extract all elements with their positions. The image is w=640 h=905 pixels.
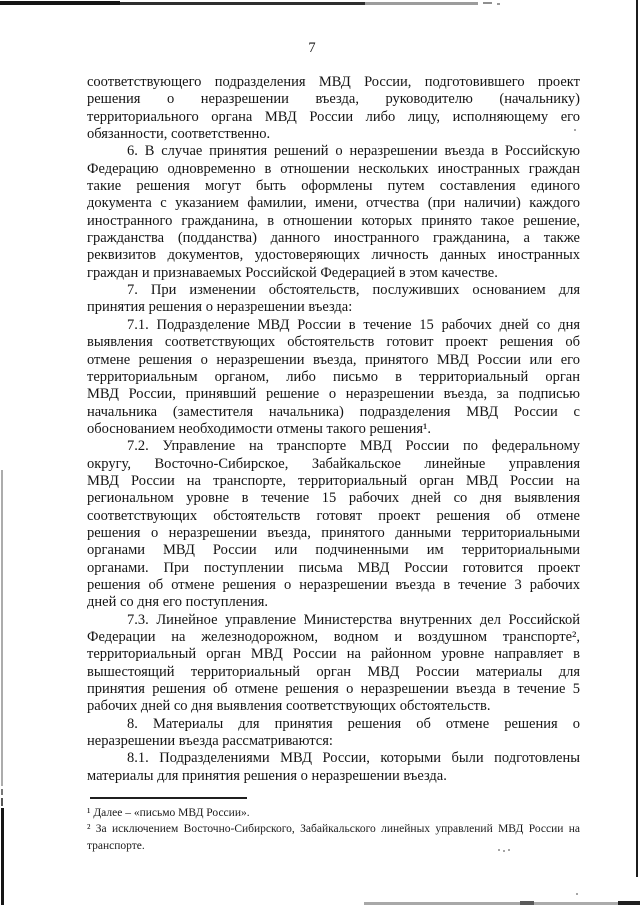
paragraph-8-1: 8.1. Подразделениями МВД России, которым… (87, 750, 580, 785)
footnote-2-line-1: ² За исключением Восточно-Сибирского, За… (87, 821, 580, 837)
text-line: органами МВД России или подчиненными им … (87, 542, 580, 559)
text-line: соответствующих обстоятельств готовят пр… (87, 508, 580, 525)
document-body: соответствующего подразделения МВД Росси… (87, 74, 580, 785)
paragraph-8: 8. Материалы для принятия решения об отм… (87, 716, 580, 751)
text-line: 7.1. Подразделение МВД России в течение … (87, 317, 580, 334)
text-line: начальника (заместителя начальника) подр… (87, 404, 580, 421)
text-line: выявления соответствующих обстоятельств … (87, 334, 580, 351)
scanned-document-page: 7 соответствующего подразделения МВД Рос… (0, 0, 640, 905)
paragraph-7-1: 7.1. Подразделение МВД России в течение … (87, 317, 580, 438)
paragraph-continuation: соответствующего подразделения МВД Росси… (87, 74, 580, 143)
scan-artifact-bottom-grey-1 (364, 902, 520, 905)
text-line: граждан и признаваемых Российской Федера… (87, 265, 580, 282)
scan-artifact-top-edge-mid (120, 2, 365, 5)
text-line: территориальный орган МВД России на райо… (87, 646, 580, 663)
text-line: принятия решения о неразрешении въезда: (87, 299, 580, 316)
text-line: гражданства (подданства) данного иностра… (87, 230, 580, 247)
text-line: рабочих дней со дня выявления соответств… (87, 698, 580, 715)
text-line: 7. При изменении обстоятельств, послужив… (87, 282, 580, 299)
text-line: соответствующего подразделения МВД Росси… (87, 74, 580, 91)
text-line: территориальным органом, либо письмо в т… (87, 369, 580, 386)
text-line: Федерации на железнодорожном, водном и в… (87, 629, 580, 646)
text-line: 6. В случае принятия решений о неразреше… (87, 143, 580, 160)
text-line: 8.1. Подразделениями МВД России, которым… (87, 750, 580, 767)
text-line: документа с указанием фамилии, имени, от… (87, 195, 580, 212)
text-line: вышестоящий территориальный орган МВД Ро… (87, 664, 580, 681)
text-line: МВД России, принявший решение о неразреш… (87, 386, 580, 403)
text-line: неразрешении въезда рассматриваются: (87, 733, 580, 750)
scan-artifact-bottom-dark-seg (520, 901, 534, 905)
footnote-2-line-2: транспорте. (87, 838, 580, 854)
footnote-separator (90, 797, 247, 799)
text-line: округу, Восточно-Сибирское, Забайкальско… (87, 456, 580, 473)
text-line: обоснованием необходимости отмены такого… (87, 421, 580, 438)
scan-artifact-left-dash-2 (1, 798, 3, 806)
scan-artifact-left-edge-dark (1, 808, 4, 905)
text-line: решения о неразрешении въезда, руководит… (87, 91, 580, 108)
text-line: Федерацию одновременно в отношении неско… (87, 161, 580, 178)
footnotes: ¹ Далее – «письмо МВД России». ² За искл… (87, 805, 580, 854)
scan-artifact-bottom-grey-2 (534, 902, 618, 905)
scan-artifact-left-edge-grey (1, 470, 3, 786)
paragraph-7-2: 7.2. Управление на транспорте МВД России… (87, 438, 580, 611)
text-line: реквизитов документов, удостоверяющих ли… (87, 247, 580, 264)
text-line: дней со дня его поступления. (87, 594, 580, 611)
scan-artifact-top-dot (497, 3, 500, 5)
scan-artifact-top-edge-grey (365, 2, 478, 5)
scan-artifact-top-edge-dark (0, 1, 120, 5)
text-line: региональном уровне в течение 15 рабочих… (87, 490, 580, 507)
paragraph-7-3: 7.3. Линейное управление Министерства вн… (87, 612, 580, 716)
text-line: решения об отмене решения о неразрешении… (87, 577, 580, 594)
footnote-1: ¹ Далее – «письмо МВД России». (87, 805, 580, 821)
text-line: МВД России на транспорте, территориальны… (87, 473, 580, 490)
scan-artifact-left-dash-1 (1, 789, 3, 795)
paragraph-7: 7. При изменении обстоятельств, послужив… (87, 282, 580, 317)
text-line: отмене решения о неразрешении въезда, пр… (87, 352, 580, 369)
text-line: иностранного гражданина, в отношении кот… (87, 213, 580, 230)
text-line: 7.2. Управление на транспорте МВД России… (87, 438, 580, 455)
scan-artifact-right-edge (636, 0, 638, 877)
page-number: 7 (87, 40, 537, 57)
scan-artifact-top-dash (483, 2, 492, 4)
text-line: обязанности, соответственно. (87, 126, 580, 143)
text-line: органами. При поступлении письма МВД Рос… (87, 560, 580, 577)
text-line: территориального органа МВД России либо … (87, 109, 580, 126)
text-line: такие решения могут быть оформлены путем… (87, 178, 580, 195)
text-line: 7.3. Линейное управление Министерства вн… (87, 612, 580, 629)
scan-artifact-bottom-black (618, 901, 640, 905)
paragraph-6: 6. В случае принятия решений о неразреше… (87, 143, 580, 282)
text-line: 8. Материалы для принятия решения об отм… (87, 716, 580, 733)
scan-speck (576, 893, 578, 895)
text-line: принятия решения об отмене решения о нер… (87, 681, 580, 698)
text-line: материалы для принятия решения о неразре… (87, 768, 580, 785)
text-line: решения о неразрешении въезда, принятого… (87, 525, 580, 542)
